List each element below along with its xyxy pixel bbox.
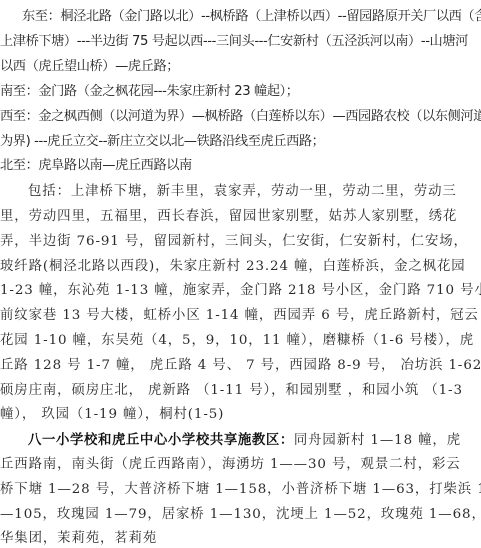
- includes-line-3: 弄，半边街 76-91 号，留园新村，三间头，仁安街，仁安新村，仁安场，: [0, 232, 468, 252]
- includes-line-2: 里，劳动四里，五福里，西长春浜，留园世家别墅，姑苏人家别墅，绣花: [0, 207, 457, 227]
- includes-line-8: 丘路 128 号 1-7 幢， 虎丘路 4 号、 7 号，西园路 8-9 号， …: [0, 356, 481, 376]
- shared-zone-heading: 八一小学校和虎丘中心小学校共享施教区：: [28, 432, 294, 448]
- shared-zone-first-line-rest: 同舟园新村 1—18 幢，虎: [294, 433, 461, 448]
- shared-zone-line-4: —105，玫瑰园 1—79，居家桥 1—130，沈埂上 1—52，玫瑰苑 1—6…: [0, 505, 481, 525]
- east-boundary-line-1: 东至：桐泾北路（金门路以北）--枫桥路（上津桥以西）--留园路原开关厂以西（含: [22, 7, 481, 27]
- north-boundary-line: 北至：虎阜路以南—虎丘西路以南: [0, 156, 192, 176]
- includes-line-9: 硕房庄南，硕房庄北， 虎新路 （1-11 号），和园别墅 ，和园小筑 （1-3: [0, 381, 463, 401]
- includes-line-4: 玻纤路(桐泾北路以西段)，朱家庄新村 23.24 幢，白莲桥浜，金之枫花园: [0, 257, 466, 277]
- east-boundary-line-2: 上津桥下塘）---半边街 75 号起以西---三间头---仁安新村（五泾浜河以南…: [0, 32, 468, 52]
- shared-zone-line-1: 八一小学校和虎丘中心小学校共享施教区：同舟园新村 1—18 幢，虎: [28, 430, 461, 450]
- south-boundary-line: 南至：金门路（金之枫花园---朱家庄新村 23 幢起）；: [0, 82, 299, 102]
- shared-zone-line-2: 丘西路南，南头街（虎丘西路南），海湧坊 1——30 号，观景二村，彩云: [0, 455, 461, 475]
- includes-line-5: 1-23 幢，东沁苑 1-13 幢，施家弄，金门路 218 号小区，金门路 71…: [0, 281, 481, 301]
- east-boundary-line-3: 以西（虎丘望山桥）—虎丘路；: [0, 57, 179, 77]
- shared-zone-line-5: 华集团，茉莉苑，茗莉苑: [0, 529, 157, 548]
- includes-line-6: 前纹家巷 13 号大楼，虹桥小区 1-14 幢，西园弄 6 号，虎丘路新村，冠云: [0, 306, 479, 326]
- includes-line-10: 幢）， 玖园（1-19 幢），桐村(1-5): [0, 405, 224, 425]
- includes-line-7: 花园 1-10 幢，东吴苑（4，5，9，10，11 幢），磨糠桥（1-6 号楼）…: [0, 331, 474, 351]
- includes-line-1: 包括：上津桥下塘，新丰里，袁家弄，劳动一里，劳动二里，劳动三: [28, 182, 457, 202]
- west-boundary-line-1: 西至：金之枫西侧（以河道为界）—枫桥路（白莲桥以东）—西园路农校（以东侧河道: [0, 107, 481, 127]
- shared-zone-line-3: 桥下塘 1—28 号，大普济桥下塘 1—158，小普济桥下塘 1—63，打柴浜 …: [0, 480, 481, 500]
- west-boundary-line-2: 为界) ---虎丘立交--新庄立交以北—铁路沿线至虎丘西路；: [0, 132, 324, 152]
